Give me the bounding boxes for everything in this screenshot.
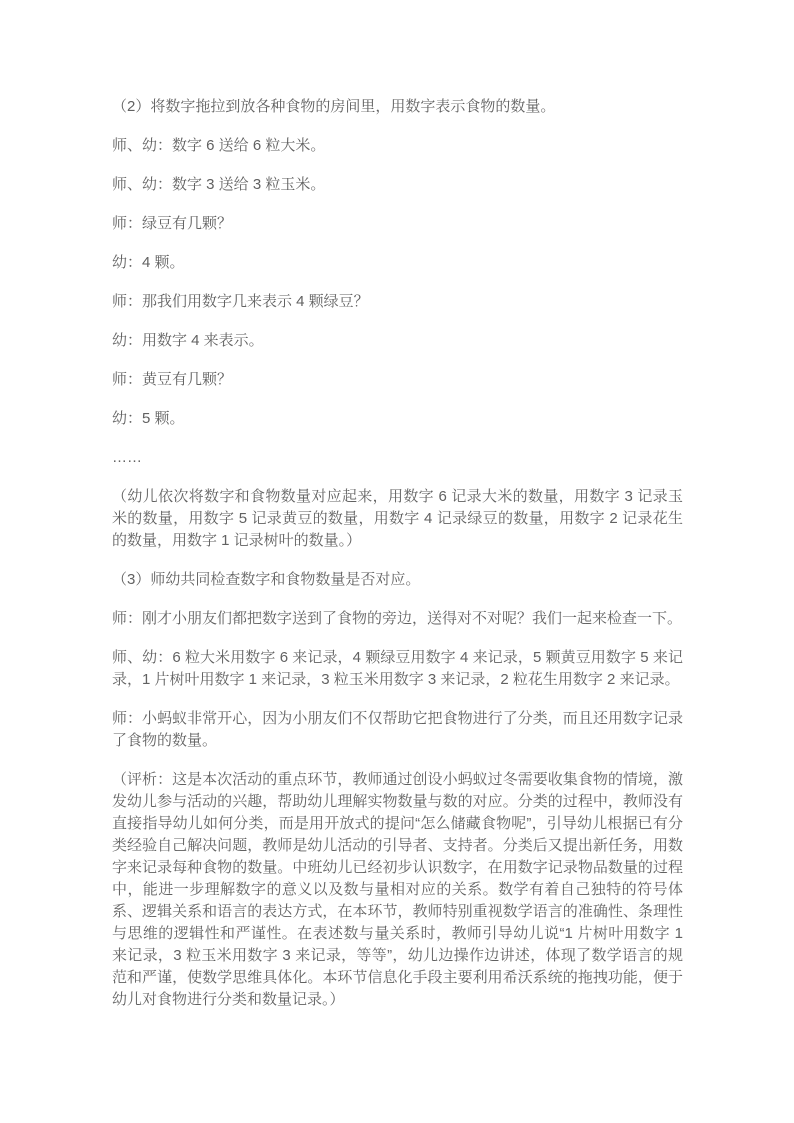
paragraph-dialogue: 幼：用数字 4 来表示。 [112, 330, 683, 352]
document-page: （2）将数字拖拉到放各种食物的房间里，用数字表示食物的数量。 师、幼：数字 6 … [0, 0, 794, 1123]
paragraph-dialogue: 师：刚才小朋友们都把数字送到了食物的旁边，送得对不对呢？我们一起来检查一下。 [112, 608, 683, 630]
paragraph-dialogue: 师：黄豆有几颗？ [112, 369, 683, 391]
paragraph-step3-heading: （3）师幼共同检查数字和食物数量是否对应。 [112, 569, 683, 591]
paragraph-dialogue: 幼：4 颗。 [112, 252, 683, 274]
paragraph-activity-note: （幼儿依次将数字和食物数量对应起来，用数字 6 记录大米的数量，用数字 3 记录… [112, 486, 683, 552]
paragraph-dialogue: 师、幼：数字 6 送给 6 粒大米。 [112, 135, 683, 157]
paragraph-dialogue: 师、幼：数字 3 送给 3 粒玉米。 [112, 174, 683, 196]
paragraph-dialogue: 师、幼：6 粒大米用数字 6 来记录，4 颗绿豆用数字 4 来记录，5 颗黄豆用… [112, 647, 683, 691]
paragraph-dialogue: 幼：5 颗。 [112, 408, 683, 430]
paragraph-dialogue: 师：那我们用数字几来表示 4 颗绿豆？ [112, 291, 683, 313]
paragraph-step2-heading: （2）将数字拖拉到放各种食物的房间里，用数字表示食物的数量。 [112, 96, 683, 118]
paragraph-dialogue: 师：绿豆有几颗？ [112, 213, 683, 235]
paragraph-commentary: （评析：这是本次活动的重点环节，教师通过创设小蚂蚁过冬需要收集食物的情境，激发幼… [112, 769, 683, 1011]
paragraph-ellipsis: …… [112, 447, 683, 469]
paragraph-dialogue: 师：小蚂蚁非常开心，因为小朋友们不仅帮助它把食物进行了分类，而且还用数字记录了食… [112, 708, 683, 752]
